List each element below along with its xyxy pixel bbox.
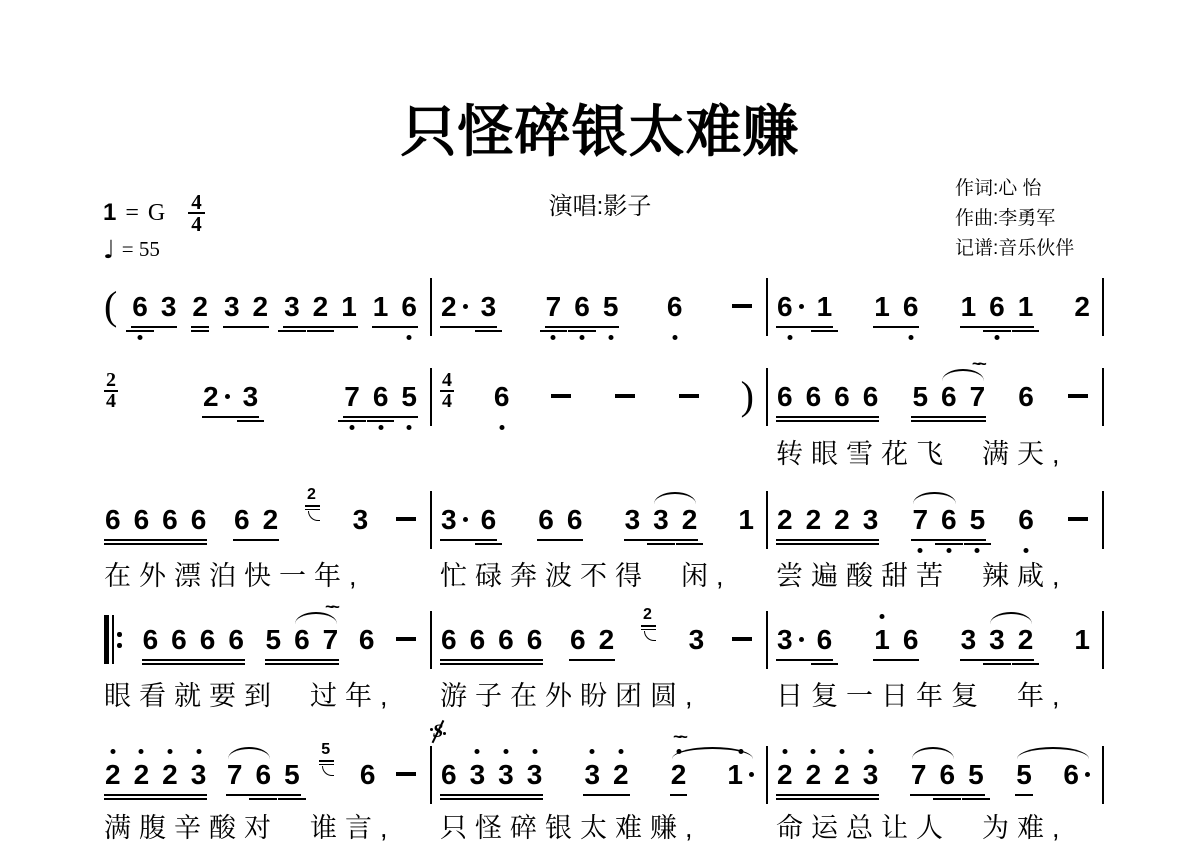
note-number: 6 (527, 625, 543, 655)
beam-line (540, 330, 568, 333)
note-number: 3 (284, 292, 300, 322)
note-number: 6 (441, 625, 457, 655)
mordent-icon: ~~ (325, 603, 336, 613)
jianpu-note: 3 (353, 491, 369, 549)
octave-dot-high (880, 614, 885, 619)
note-number: 6 (903, 625, 919, 655)
note-number: 3 (527, 760, 543, 790)
note-number: 2 (1018, 625, 1034, 655)
note-number: 6 (939, 760, 955, 790)
grace-note: 5 (319, 746, 341, 804)
octave-dot-low (908, 335, 913, 340)
note-number: 6 (863, 382, 879, 412)
note-number: 7 (344, 382, 360, 412)
note-number: 6 (1018, 505, 1034, 535)
octave-dot-low (975, 548, 980, 553)
note-number: 6 (441, 760, 457, 790)
beam-group: 6666 (440, 611, 543, 669)
augmentation-dot (463, 517, 468, 522)
jianpu-note: 1 (1074, 611, 1090, 669)
score-line: 6666567~~66666622336163321 (96, 611, 1104, 669)
beam-line (305, 505, 320, 507)
measure: 66666223 (432, 611, 768, 669)
augmentation-dot (225, 394, 230, 399)
beam-group: 62 (569, 611, 615, 669)
beam-group: 6666 (776, 368, 879, 426)
jianpu-note: 2 (1074, 278, 1090, 336)
note-number: 2 (313, 292, 329, 322)
beam-line (641, 625, 656, 627)
augmentation-dot (749, 772, 754, 777)
note-number: 2 (134, 760, 150, 790)
beam-group: 23 (440, 278, 497, 336)
time-signature-bottom: 4 (104, 392, 118, 411)
note-number: 3 (625, 505, 641, 535)
beam-group: 36 (776, 611, 833, 669)
beam-line (283, 326, 358, 329)
note-number: 6 (359, 625, 375, 655)
beam-line (776, 543, 879, 546)
note-number: 3 (481, 292, 497, 322)
octave-dot-high (475, 749, 480, 754)
note-number: 2 (1074, 292, 1090, 322)
note-number: 6 (143, 625, 159, 655)
beam-group: 321 (283, 278, 358, 336)
jianpu-note: 6 (494, 368, 510, 426)
measure: 36663321 (432, 491, 768, 549)
dash-note (394, 611, 418, 669)
score-line: 2423765446)6666567~~6 (96, 368, 1104, 426)
beam-line (583, 794, 629, 797)
note-number: 3 (498, 760, 514, 790)
dash-note (730, 611, 754, 669)
note-number: 6 (498, 625, 514, 655)
note-number: 6 (360, 760, 376, 790)
dash-note (394, 746, 418, 804)
beam-line (776, 416, 879, 419)
beam-group: 16 (873, 611, 919, 669)
beam-line (440, 539, 497, 542)
beam-line (278, 798, 306, 801)
note-number: 6 (570, 625, 586, 655)
grace-note: 2 (305, 491, 327, 549)
octave-dot-low (499, 425, 504, 430)
note-number: 6 (162, 505, 178, 535)
sheet-music-page: 只怪碎银太难赚 演唱:影子 作词:心 怡 作曲:李勇军 记谱:音乐伙伴 1 = … (0, 0, 1200, 850)
note-number: 2 (682, 505, 698, 535)
beam-line (226, 794, 301, 797)
measure: (6323232116 (96, 278, 432, 336)
note-number: 6 (667, 292, 683, 322)
note-number: 3 (961, 625, 977, 655)
beam-line (960, 326, 1035, 329)
note-number: 2 (105, 760, 121, 790)
beam-line (670, 794, 688, 797)
dash-note (549, 368, 573, 426)
beam-line (237, 420, 265, 423)
octave-dot-high (196, 749, 201, 754)
beam-line (962, 798, 990, 801)
note-number: 3 (441, 505, 457, 535)
note-number: 6 (200, 625, 216, 655)
augmentation-dot (799, 304, 804, 309)
lyrics-segment: 满腹辛酸对 谁言, (96, 806, 432, 845)
beam-line (307, 330, 335, 333)
jianpu-note: 6 (1018, 491, 1034, 549)
measure: 446) (432, 368, 768, 426)
beam-group: 6666 (142, 611, 245, 669)
score: (6323232116237656611616122423765446)6666… (0, 0, 1200, 850)
beam-group: 2223 (776, 491, 879, 549)
octave-dot-low (994, 335, 999, 340)
note-number: 2 (671, 760, 687, 790)
beam-group: 765 (343, 368, 418, 426)
repeat-start-barline (104, 611, 122, 669)
octave-dot-high (590, 749, 595, 754)
jianpu-note: 3 (689, 611, 705, 669)
octave-dot-high (868, 749, 873, 754)
augmentation-dot (799, 637, 804, 642)
beam-group: 23 (202, 368, 259, 426)
beam-line (776, 659, 833, 662)
beam-group: 62 (233, 491, 279, 549)
note-number: 2 (192, 292, 208, 322)
note-number: 2 (441, 292, 457, 322)
beam-line (126, 330, 154, 333)
beam-line (676, 543, 704, 546)
grace-slur-hook (644, 631, 656, 641)
note-number: 7 (970, 382, 986, 412)
grace-note-number: 5 (321, 741, 330, 759)
note-number: 1 (874, 625, 890, 655)
octave-dot-high (839, 749, 844, 754)
time-signature-top: 4 (440, 371, 454, 392)
beam-line (440, 326, 497, 329)
note-number: 6 (255, 760, 271, 790)
grace-note-number: 2 (307, 486, 316, 504)
note-number: 6 (294, 625, 310, 655)
octave-dot-high (811, 749, 816, 754)
note-number: 3 (353, 505, 369, 535)
note-number: 6 (1063, 760, 1079, 790)
beam-line (249, 798, 277, 801)
mordent-icon: ~~ (972, 360, 983, 370)
lyrics-segment (432, 432, 768, 471)
beam-line (142, 663, 245, 666)
beam-line (475, 330, 503, 333)
augmentation-dot (1085, 772, 1090, 777)
beam-line (372, 326, 418, 329)
grace-slur-hook (322, 766, 334, 776)
note-number: 7 (323, 625, 339, 655)
beam-line (568, 330, 596, 333)
beam-line (440, 794, 543, 797)
beam-group: 66 (537, 491, 583, 549)
measure: 6666567~~6 (96, 611, 432, 669)
beam-line (1012, 330, 1040, 333)
jianpu-note: 6 (360, 746, 376, 804)
beam-line (475, 543, 503, 546)
lyrics-segment: 尝遍酸甜苦 辣咸, (768, 554, 1104, 593)
beam-group: 36 (440, 491, 497, 549)
grace-note: 2 (641, 611, 663, 669)
note-number: 3 (863, 505, 879, 535)
note-number: 6 (134, 505, 150, 535)
beam-line (647, 543, 675, 546)
note-number: 5 (284, 760, 300, 790)
measure: 61161612 (768, 278, 1104, 336)
beam-group: 2223 (776, 746, 879, 804)
time-signature: 44 (440, 371, 454, 411)
note-number: 6 (777, 292, 793, 322)
octave-dot-low (378, 425, 383, 430)
beam-line (545, 326, 620, 329)
lyrics-line: 眼看就要到 过年,游子在外盼团圆,日复一日年复 年, (96, 674, 1104, 713)
lyrics-segment: 眼看就要到 过年, (96, 674, 432, 713)
mordent-icon: ~~ (673, 733, 684, 743)
note-number: 6 (191, 505, 207, 535)
beam-line (983, 663, 1011, 666)
beam-line (873, 326, 919, 329)
note-number: 6 (105, 505, 121, 535)
note-number: 2 (806, 760, 822, 790)
beam-group: 2 (191, 278, 209, 336)
lyrics-line: 满腹辛酸对 谁言,只怪碎银太难赚,命运总让人 为难, (96, 806, 1104, 845)
beam-line (811, 663, 839, 666)
dash-note (613, 368, 637, 426)
octave-dot-low (918, 548, 923, 553)
octave-dot-high (618, 749, 623, 754)
note-number: 6 (567, 505, 583, 535)
augmentation-dot (463, 304, 468, 309)
beam-line (104, 539, 207, 542)
note-number: 2 (777, 505, 793, 535)
beam-line (338, 420, 366, 423)
note-number: 3 (191, 760, 207, 790)
lyrics-segment: 转眼雪花飞 满天, (768, 432, 1104, 471)
beam-line (343, 416, 418, 419)
beam-group: 32 (583, 746, 629, 804)
note-number: 2 (599, 625, 615, 655)
parenthesis: ( (104, 276, 117, 334)
beam-line (223, 326, 269, 329)
lyrics-segment: 只怪碎银太难赚, (432, 806, 768, 845)
note-number: 1 (1018, 292, 1034, 322)
dash-note (1066, 491, 1090, 549)
note-number: 5 (912, 382, 928, 412)
octave-dot-low (672, 335, 677, 340)
beam-group: 16 (873, 278, 919, 336)
note-number: 6 (538, 505, 554, 535)
beam-line (142, 659, 245, 662)
beam-line (776, 326, 833, 329)
beam-line (233, 539, 279, 542)
beam-line (104, 794, 207, 797)
jianpu-note: 6 (359, 611, 375, 669)
beam-line (1015, 794, 1033, 797)
octave-dot-low (407, 335, 412, 340)
note-number: 6 (401, 292, 417, 322)
beam-line (537, 539, 583, 542)
dash-note (1066, 368, 1090, 426)
beam-line (964, 543, 992, 546)
lyrics-segment: 游子在外盼团圆, (432, 674, 768, 713)
beam-line (104, 798, 207, 801)
beam-group: 6666 (104, 491, 207, 549)
note-number: 5 (1016, 760, 1032, 790)
note-number: 3 (584, 760, 600, 790)
octave-dot-low (350, 425, 355, 430)
beam-line (776, 798, 879, 801)
note-number: 5 (970, 505, 986, 535)
note-number: 1 (817, 292, 833, 322)
beam-line (811, 330, 839, 333)
octave-dot-low (1024, 548, 1029, 553)
time-signature-bottom: 4 (440, 392, 454, 411)
beam-line (278, 330, 306, 333)
note-number: 6 (132, 292, 148, 322)
beam-line (911, 539, 986, 542)
dash-note (730, 278, 754, 336)
note-number: 1 (727, 760, 743, 790)
note-number: 1 (961, 292, 977, 322)
note-number: 6 (234, 505, 250, 535)
score-line: (632323211623765661161612 (96, 278, 1104, 336)
jianpu-note: 6 (1018, 368, 1034, 426)
octave-dot-low (608, 335, 613, 340)
note-number: 1 (373, 292, 389, 322)
note-number: 2 (263, 505, 279, 535)
beam-line (440, 798, 543, 801)
lyrics-line: 在外漂泊快一年,忙碌奔波不得 闲,尝遍酸甜苦 辣咸, (96, 554, 1104, 593)
beam-line (440, 663, 543, 666)
note-number: 6 (481, 505, 497, 535)
time-signature-top: 2 (104, 371, 118, 392)
note-number: 7 (912, 505, 928, 535)
note-number: 6 (228, 625, 244, 655)
octave-dot-low (946, 548, 951, 553)
beam-line (1012, 663, 1040, 666)
beam-group: 16 (372, 278, 418, 336)
octave-dot-low (138, 335, 143, 340)
beam-group: 32 (223, 278, 269, 336)
note-number: 1 (1074, 625, 1090, 655)
note-number: 1 (738, 505, 754, 535)
note-number: 3 (689, 625, 705, 655)
beam-line (960, 659, 1035, 662)
dash-note (394, 491, 418, 549)
octave-dot-high (503, 749, 508, 754)
note-number: 6 (494, 382, 510, 412)
beam-line (191, 326, 209, 329)
beam-line (305, 509, 320, 511)
octave-dot-high (782, 749, 787, 754)
note-number: 6 (941, 505, 957, 535)
note-number: 5 (266, 625, 282, 655)
measure: 237656 (432, 278, 768, 336)
note-number: 5 (401, 382, 417, 412)
beam-line (776, 539, 879, 542)
note-number: 6 (373, 382, 389, 412)
note-number: 6 (171, 625, 187, 655)
beam-line (202, 416, 259, 419)
measure: 2423765 (96, 368, 432, 426)
note-number: 6 (574, 292, 590, 322)
beam-line (935, 543, 963, 546)
note-number: 6 (941, 382, 957, 412)
measure: 6666567~~6 (768, 368, 1104, 426)
measure: 66666223 (96, 491, 432, 549)
beam-line (440, 659, 543, 662)
beam-group: 61 (776, 278, 833, 336)
dash-note (677, 368, 701, 426)
beam-line (641, 629, 656, 631)
beam-group: 2223 (104, 746, 207, 804)
lyrics-segment: 命运总让人 为难, (768, 806, 1104, 845)
note-number: 1 (874, 292, 890, 322)
score-line: 666662233666332122237656 (96, 491, 1104, 549)
beam-line (911, 416, 986, 419)
lyrics-segment (96, 432, 432, 471)
note-number: 3 (161, 292, 177, 322)
beam-group: 63 (131, 278, 177, 336)
beam-line (265, 663, 340, 666)
lyrics-segment: 忙碌奔波不得 闲, (432, 554, 768, 593)
note-number: 3 (470, 760, 486, 790)
lyrics-line: 转眼雪花飞 满天, (96, 432, 1104, 471)
note-number: 7 (546, 292, 562, 322)
note-number: 2 (834, 760, 850, 790)
note-number: 1 (341, 292, 357, 322)
grace-note-number: 2 (643, 606, 652, 624)
measure: 36163321 (768, 611, 1104, 669)
note-number: 6 (777, 382, 793, 412)
lyrics-segment: 在外漂泊快一年, (96, 554, 432, 593)
note-number: 6 (903, 292, 919, 322)
note-number: 3 (653, 505, 669, 535)
note-number: 5 (603, 292, 619, 322)
beam-line (367, 420, 395, 423)
jianpu-note: 1 (738, 491, 754, 549)
octave-dot-high (532, 749, 537, 754)
beam-group: 6333 (440, 746, 543, 804)
lyrics-segment: 日复一日年复 年, (768, 674, 1104, 713)
beam-group: 765 (545, 278, 620, 336)
beam-line (873, 659, 919, 662)
beam-line (319, 764, 334, 766)
octave-dot-high (110, 749, 115, 754)
note-number: 5 (968, 760, 984, 790)
octave-dot-high (139, 749, 144, 754)
beam-line (624, 539, 699, 542)
octave-dot-low (407, 425, 412, 430)
score-line: 222376556S6333322~~1222376556 (96, 746, 1104, 804)
grace-slur-hook (308, 511, 320, 521)
beam-line (191, 330, 209, 333)
beam-line (983, 330, 1011, 333)
note-number: 7 (227, 760, 243, 790)
note-number: 6 (806, 382, 822, 412)
note-number: 6 (989, 292, 1005, 322)
octave-dot-low (551, 335, 556, 340)
note-number: 3 (224, 292, 240, 322)
beam-line (910, 794, 985, 797)
note-number: 2 (162, 760, 178, 790)
beam-line (104, 543, 207, 546)
note-number: 3 (777, 625, 793, 655)
octave-dot-low (580, 335, 585, 340)
beam-line (776, 420, 879, 423)
